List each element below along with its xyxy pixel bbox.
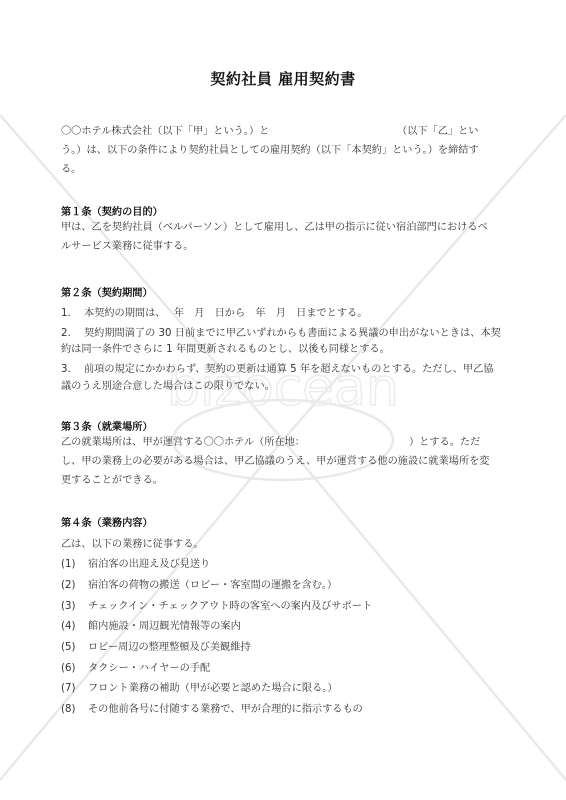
item-text: タクシー・ハイヤーの手配 xyxy=(88,663,210,674)
item-number: 2. xyxy=(61,328,84,339)
article-4-lead: 乙は、以下の業務に従事する。 xyxy=(61,535,204,550)
article-4-item: (6)タクシー・ハイヤーの手配 xyxy=(61,659,210,674)
item-text: 本契約の期間は、 年 月 日から 年 月 日までとする。 xyxy=(84,308,367,319)
intro-line2: う。）は、以下の条件により契約社員としての雇用契約（以下「本契約」という。）を締… xyxy=(61,141,511,160)
article-4-item: (4)館内施設・周辺観光情報等の案内 xyxy=(61,617,241,632)
item-number: (2) xyxy=(61,580,88,591)
article-2-heading: 第２条（契約期間） xyxy=(61,284,153,299)
item-number: (8) xyxy=(61,704,88,715)
article-2-item: 3.前項の規定にかかわらず、契約の更新は通算 5 年を超えないものとする。ただし… xyxy=(61,360,493,375)
item-number: 1. xyxy=(61,308,84,319)
intro-line1-a: 〇〇ホテル株式会社（以下「甲」という。）と xyxy=(61,126,269,137)
intro-line3: る。 xyxy=(61,160,511,179)
article-3-body: 乙の就業場所は、甲が運営する〇〇ホテル（所在地： ）とする。ただ し、甲の業務上… xyxy=(61,433,511,490)
article-2-item: 2.契約期間満了の 30 日前までに甲乙いずれからも書面による異議の申出がないと… xyxy=(61,324,501,339)
article-3-line: し、甲の業務上の必要がある場合は、甲乙協議のうえ、甲が運営する他の施設に就業場所… xyxy=(61,452,511,471)
article-1-body: 甲は、乙を契約社員（ベルパーソン）として雇用し、乙は甲の指示に従い宿泊部門におけ… xyxy=(61,218,511,256)
intro-paragraph: 〇〇ホテル株式会社（以下「甲」という。）と （以下「乙」とい う。）は、以下の条… xyxy=(61,122,511,179)
item-text: 宿泊客の出迎え及び見送り xyxy=(88,559,210,570)
document-title: 契約社員 雇用契約書 xyxy=(0,68,566,89)
article-2-item: 1.本契約の期間は、 年 月 日から 年 月 日までとする。 xyxy=(61,304,367,319)
item-text: ロビー周辺の整理整頓及び美観維持 xyxy=(88,642,251,653)
article-3-line: 乙の就業場所は、甲が運営する〇〇ホテル（所在地： xyxy=(61,437,305,448)
item-number: (5) xyxy=(61,642,88,653)
article-4-item: (2)宿泊客の荷物の搬送（ロビー・客室間の運搬を含む。） xyxy=(61,576,337,591)
item-number: (7) xyxy=(61,683,88,694)
article-3-line: ）とする。ただ xyxy=(409,433,480,452)
item-text: その他前各号に付随する業務で、甲が合理的に指示するもの xyxy=(88,704,363,715)
intro-line1-b: （以下「乙」とい xyxy=(397,122,479,141)
article-4-item: (3)チェックイン・チェックアウト時の客室への案内及びサポート xyxy=(61,597,372,612)
document-page: 契約社員 雇用契約書 〇〇ホテル株式会社（以下「甲」という。）と （以下「乙」と… xyxy=(0,0,566,800)
article-1-line: 甲は、乙を契約社員（ベルパーソン）として雇用し、乙は甲の指示に従い宿泊部門におけ… xyxy=(61,218,511,237)
article-1-heading: 第１条（契約の目的） xyxy=(61,203,163,218)
article-4-item: (5)ロビー周辺の整理整頓及び美観維持 xyxy=(61,638,251,653)
article-1-line: ルサービス業務に従事する。 xyxy=(61,237,511,256)
article-2-item-cont: 約は同一条件でさらに 1 年間更新されるものとし、以後も同様とする。 xyxy=(61,340,390,355)
item-text: 館内施設・周辺観光情報等の案内 xyxy=(88,621,241,632)
article-4-item: (7)フロント業務の補助（甲が必要と認めた場合に限る。） xyxy=(61,679,338,694)
item-text: 契約期間満了の 30 日前までに甲乙いずれからも書面による異議の申出がないときは… xyxy=(84,328,501,339)
item-number: (6) xyxy=(61,663,88,674)
item-text: チェックイン・チェックアウト時の客室への案内及びサポート xyxy=(88,601,372,612)
item-text: 前項の規定にかかわらず、契約の更新は通算 5 年を超えないものとする。ただし、甲… xyxy=(84,364,493,375)
item-text: フロント業務の補助（甲が必要と認めた場合に限る。） xyxy=(88,683,338,694)
article-4-heading: 第４条（業務内容） xyxy=(61,514,153,529)
article-3-heading: 第３条（就業場所） xyxy=(61,418,153,433)
item-text: 宿泊客の荷物の搬送（ロビー・客室間の運搬を含む。） xyxy=(88,580,337,591)
article-4-item: (1)宿泊客の出迎え及び見送り xyxy=(61,555,210,570)
item-number: (1) xyxy=(61,559,88,570)
item-number: (3) xyxy=(61,601,88,612)
article-2-item-cont: 議のうえ別途合意した場合はこの限りでない。 xyxy=(61,377,275,392)
article-3-line: 更することができる。 xyxy=(61,471,511,490)
article-4-item: (8)その他前各号に付随する業務で、甲が合理的に指示するもの xyxy=(61,700,363,715)
item-number: (4) xyxy=(61,621,88,632)
item-number: 3. xyxy=(61,364,84,375)
